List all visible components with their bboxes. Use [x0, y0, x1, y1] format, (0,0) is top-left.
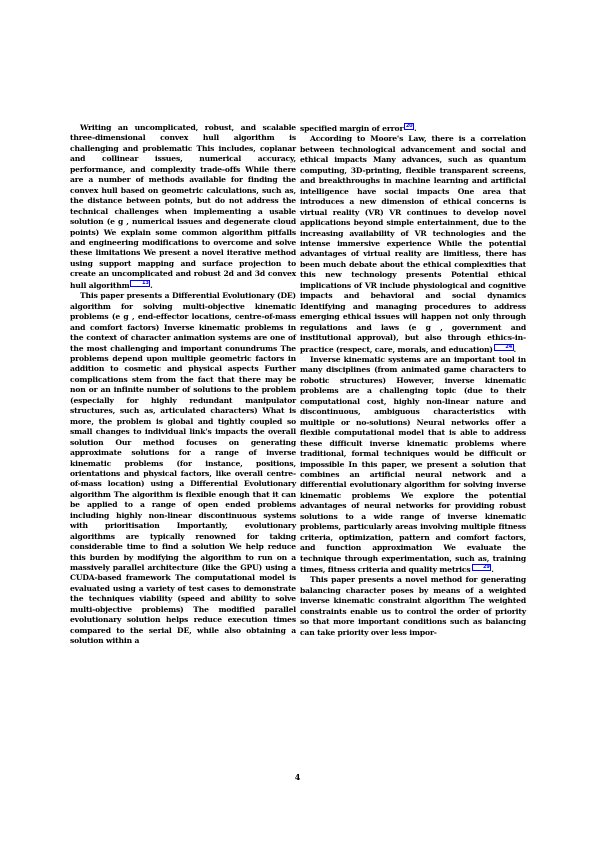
paragraph-differential-evolution: This paper presents a Differential Evolu…: [70, 291, 296, 646]
paragraph-balancing-poses: This paper presents a novel method for g…: [300, 575, 526, 638]
paragraph-convex-hull: Writing an uncomplicated, robust, and sc…: [70, 123, 296, 291]
paragraph-neural-ik: Inverse kinematic systems are an importa…: [300, 355, 526, 576]
paragraph-end: .: [150, 281, 153, 290]
paragraph-continuation: specified margin of error20.: [300, 123, 526, 134]
right-column: specified margin of error20. According t…: [300, 123, 526, 638]
page-number: 4: [0, 772, 595, 782]
citation-link[interactable]: 13: [130, 280, 150, 287]
paragraph-end: .: [514, 345, 517, 354]
paragraph-text: Inverse kinematic systems are an importa…: [300, 355, 526, 574]
citation-link[interactable]: 20: [404, 123, 414, 130]
paper-page: Writing an uncomplicated, robust, and sc…: [0, 0, 595, 842]
citation-link[interactable]: 29: [472, 564, 492, 571]
paragraph-text: specified margin of error: [300, 124, 403, 133]
paragraph-end: .: [414, 124, 417, 133]
paragraph-text: This paper presents a novel method for g…: [300, 575, 526, 636]
paragraph-text: According to Moore's Law, there is a cor…: [300, 134, 526, 353]
left-column: Writing an uncomplicated, robust, and sc…: [70, 123, 296, 647]
paragraph-end: .: [491, 565, 494, 574]
paragraph-text: Writing an uncomplicated, robust, and sc…: [70, 123, 296, 290]
citation-link[interactable]: 24: [494, 344, 514, 351]
paragraph-text: This paper presents a Differential Evolu…: [70, 291, 296, 645]
paragraph-vr-ethics: According to Moore's Law, there is a cor…: [300, 134, 526, 355]
